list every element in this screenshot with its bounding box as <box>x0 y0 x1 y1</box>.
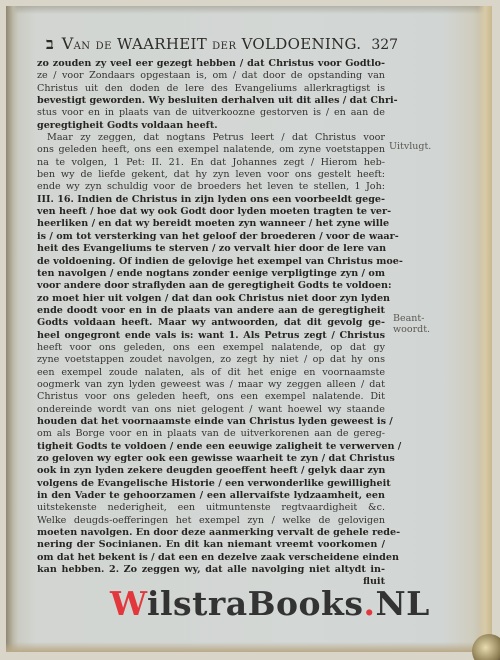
text-line: ook in zyn lyden zekere deugden geoeffen… <box>37 465 385 477</box>
wilstrabooks-watermark: WilstraBooks.NL <box>110 584 430 623</box>
text-line: Christus uit den doden de lere des Evang… <box>37 83 385 95</box>
text-line: zo zouden zy veel eer gezegt hebben / da… <box>37 58 385 70</box>
text-line: na te volgen, 1 Pet: II. 21. En dat Joha… <box>37 157 385 169</box>
body-text: zo zouden zy veel eer gezegt hebben / da… <box>37 58 385 589</box>
text-line: in den Vader te gehoorzamen / een allerv… <box>37 490 385 502</box>
text-line: geregtigheit Godts voldaan heeft. <box>37 120 385 132</box>
text-line: ben wy de liefde gekent, dat hy zyn leve… <box>37 169 385 181</box>
text-line: een exempel zoude nalaten, als of dit he… <box>37 367 385 379</box>
margin-note-line: woordt. <box>393 324 430 335</box>
running-header: ב VAN DE WAARHEIT DER VOLDOENING. 327 <box>46 34 386 54</box>
running-title: VAN DE WAARHEIT DER VOLDOENING. <box>62 34 362 53</box>
margin-note-line: Beant- <box>393 313 430 324</box>
text-line: heit des Evangeliums te sterven / zo ver… <box>37 243 385 255</box>
text-line: voor andere door straflyden aan de gereg… <box>37 280 385 292</box>
text-line: is / om tot versterking van het geloof d… <box>37 231 385 243</box>
text-line: kan hebben. 2. Zo zeggen wy, dat alle na… <box>37 564 385 576</box>
text-line: zo geloven wy egter ook een gewisse waar… <box>37 453 385 465</box>
text-line: heerliken / en dat wy bereidt moeten zyn… <box>37 218 385 230</box>
page-top-shadow <box>6 6 492 14</box>
text-line: Christus voor ons geleden heeft, ons een… <box>37 391 385 403</box>
watermark-initial: W <box>110 584 147 623</box>
text-line: zo moet hier uit volgen / dat dan ook Ch… <box>37 293 385 305</box>
text-line: houden dat het voornaamste einde van Chr… <box>37 416 385 428</box>
watermark-name: ilstraBooks <box>147 584 364 623</box>
text-line: volgens de Evangelische Historie / een v… <box>37 478 385 490</box>
page-bottom-edge <box>6 642 492 652</box>
watermark-dot: . <box>364 584 376 623</box>
text-line: moeten navolgen. En door deze aanmerking… <box>37 527 385 539</box>
text-line: ende doodt voor en in de plaats van ande… <box>37 305 385 317</box>
text-line: ons geleden heeft, ons een exempel nalat… <box>37 144 385 156</box>
margin-note-uitvlugt: Uitvlugt. <box>389 141 431 152</box>
text-line: Godts voldaan heeft. Maar wy antwoorden,… <box>37 317 385 329</box>
text-line: uitstekenste nederigheit, een uitmuntens… <box>37 502 385 514</box>
text-line: om als Borge voor en in plaats van de ui… <box>37 428 385 440</box>
text-line: ten navolgen / ende nogtans zonder eenig… <box>37 268 385 280</box>
text-line: ven heeft / hoe dat wy ook Godt door lyd… <box>37 206 385 218</box>
text-line: heel ongegront ende vals is: want 1. Als… <box>37 330 385 342</box>
text-line: de voldoening. Of indien de gelovige het… <box>37 256 385 268</box>
text-line: III. 16. Indien de Christus in zijn lyde… <box>37 194 385 206</box>
text-line: om dat het bekent is / dat een en dezelv… <box>37 552 385 564</box>
text-line: ondereinde wordt van ons niet gelogent /… <box>37 404 385 416</box>
metal-clip-icon <box>472 634 500 660</box>
text-line: ende wy zyn schuldig voor de broeders he… <box>37 181 385 193</box>
text-line: oogmerk van zyn lyden geweest was / maar… <box>37 379 385 391</box>
watermark-tld: NL <box>376 584 430 623</box>
signature-mark: ב <box>46 34 54 54</box>
text-line: Maar zy zeggen, dat nogtans Petrus leert… <box>37 132 385 144</box>
text-line: stus voor en in plaats van de uitverkooz… <box>37 107 385 119</box>
page-number: 327 <box>371 37 398 53</box>
text-line: nering der Socinianen. En dit kan nieman… <box>37 539 385 551</box>
scanned-book-page: ב VAN DE WAARHEIT DER VOLDOENING. 327 zo… <box>0 0 500 660</box>
text-line: heeft voor ons geleden, ons een exempel … <box>37 342 385 354</box>
margin-note-beantwoordt: Beant- woordt. <box>393 313 430 335</box>
book-gutter <box>6 6 18 652</box>
text-line: Welke deugds-oefferingen het exempel zyn… <box>37 515 385 527</box>
text-line: zyne voetstappen zoudet navolgen, zo zeg… <box>37 354 385 366</box>
text-line: ze / voor Zondaars opgestaan is, om / da… <box>37 70 385 82</box>
page-right-edge <box>478 6 492 652</box>
text-line: bevestigt geworden. Wy besluiten derhalv… <box>37 95 385 107</box>
text-line: tigheit Godts te voldoen / ende een eeuw… <box>37 441 385 453</box>
